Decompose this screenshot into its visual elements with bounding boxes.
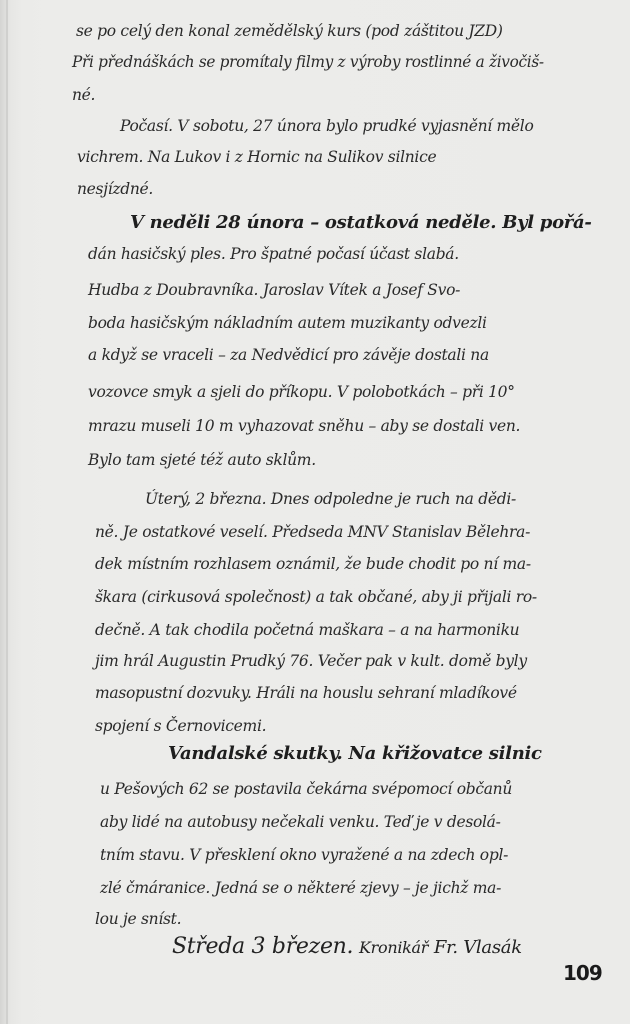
text-line: vozovce smyk a sjeli do příkopu. V polob… xyxy=(88,383,515,401)
text-line: Úterý, 2 března. Dnes odpoledne je ruch … xyxy=(145,490,516,508)
section-heading-vandalske: Vandalské skutky. Na křižovatce silnic xyxy=(168,743,542,764)
text-line: Hudba z Doubravníka. Jaroslav Vítek a Jo… xyxy=(88,281,460,299)
text-line: masopustní dozvuky. Hráli na houslu sehr… xyxy=(95,684,517,702)
section-heading-nedele: V neděli 28 února – ostatková neděle. By… xyxy=(130,212,592,233)
signature-line: Středa 3 březen. Kronikář Fr. Vlasák xyxy=(172,934,522,959)
text-line: tním stavu. V přesklení okno vyražené a … xyxy=(100,846,508,864)
text-line: dán hasičský ples. Pro špatné počasí úča… xyxy=(88,245,459,263)
signature-date: Středa 3 březen. xyxy=(172,934,353,959)
signature-name: Fr. Vlasák xyxy=(434,937,522,958)
text-line: mrazu museli 10 m vyhazovat sněhu – aby … xyxy=(88,417,520,435)
text-line: vichrem. Na Lukov i z Hornic na Sulikov … xyxy=(77,148,436,166)
binding-edge xyxy=(6,0,8,1024)
text-line: se po celý den konal zemědělský kurs (po… xyxy=(76,22,556,40)
scanned-page: se po celý den konal zemědělský kurs (po… xyxy=(0,0,630,1024)
text-line: spojení s Černovicemi. xyxy=(95,717,266,735)
text-line: ně. Je ostatkové veselí. Předseda MNV St… xyxy=(95,523,530,541)
signature-role: Kronikář xyxy=(359,938,428,957)
text-line: aby lidé na autobusy nečekali venku. Teď… xyxy=(100,813,501,831)
text-line: Při přednáškách se promítaly filmy z výr… xyxy=(72,53,612,71)
text-line: boda hasičským nákladním autem muzikanty… xyxy=(88,314,487,332)
text-line: Bylo tam sjeté též auto sklům. xyxy=(88,451,316,469)
text-line: a když se vraceli – za Nedvědicí pro záv… xyxy=(88,346,489,364)
text-line: dek místním rozhlasem oznámil, že bude c… xyxy=(95,555,531,573)
page-number: 109 xyxy=(563,961,602,985)
text-line: škara (cirkusová společnost) a tak občan… xyxy=(95,588,537,606)
text-line: lou je sníst. xyxy=(95,910,181,928)
text-line: né. xyxy=(72,86,95,104)
text-line: nesjízdné. xyxy=(77,180,153,198)
text-line: jim hrál Augustin Prudký 76. Večer pak v… xyxy=(95,652,527,670)
text-line: u Pešových 62 se postavila čekárna svépo… xyxy=(100,780,512,798)
text-line: dečně. A tak chodila početná maškara – a… xyxy=(95,621,519,639)
text-line: Počasí. V sobotu, 27 února bylo prudké v… xyxy=(120,117,590,135)
text-line: zlé čmáranice. Jedná se o některé zjevy … xyxy=(100,879,501,897)
